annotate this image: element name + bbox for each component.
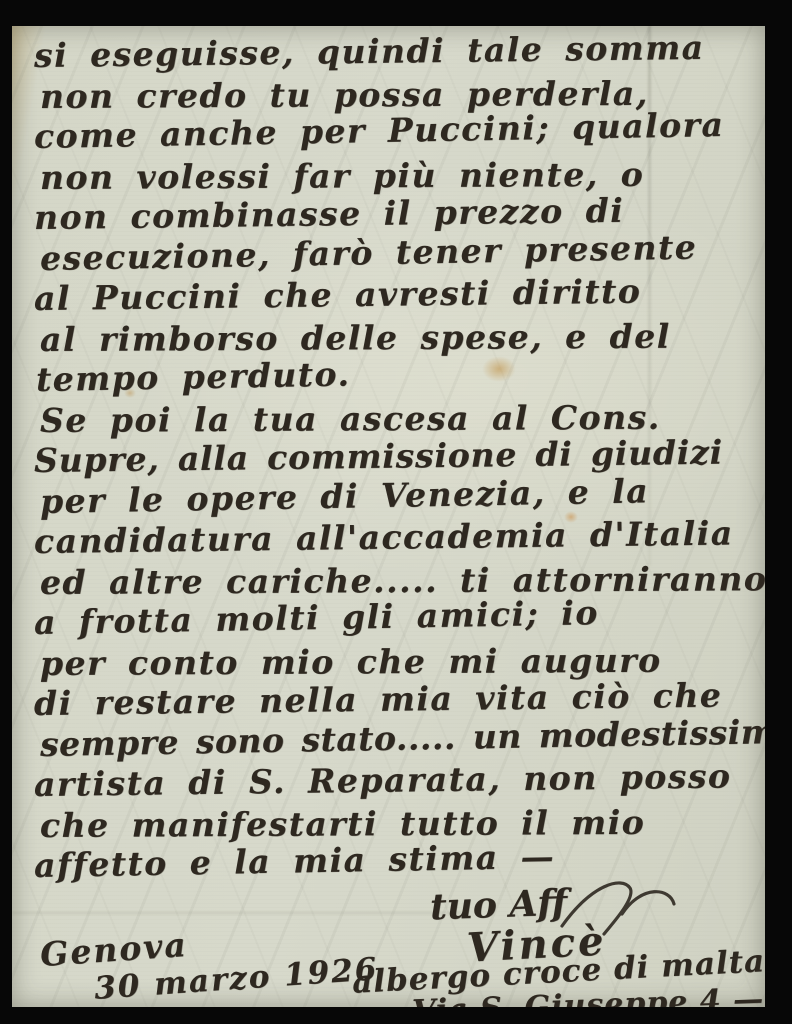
handwritten-line: al Puccini che avresti diritto bbox=[34, 270, 759, 319]
letter-body: si eseguisse, quindi tale somma non cred… bbox=[34, 36, 759, 887]
handwritten-line: candidatura all'accademia d'Italia bbox=[34, 513, 759, 562]
letter-page: si eseguisse, quindi tale somma non cred… bbox=[12, 26, 765, 1007]
horizontal-crease bbox=[12, 912, 464, 914]
handwritten-line: si eseguisse, quindi tale somma bbox=[34, 27, 759, 76]
scanned-letter-photo: { "document": { "type": "handwritten-let… bbox=[0, 0, 792, 1024]
handwritten-line: artista di S. Reparata, non posso bbox=[34, 756, 759, 805]
